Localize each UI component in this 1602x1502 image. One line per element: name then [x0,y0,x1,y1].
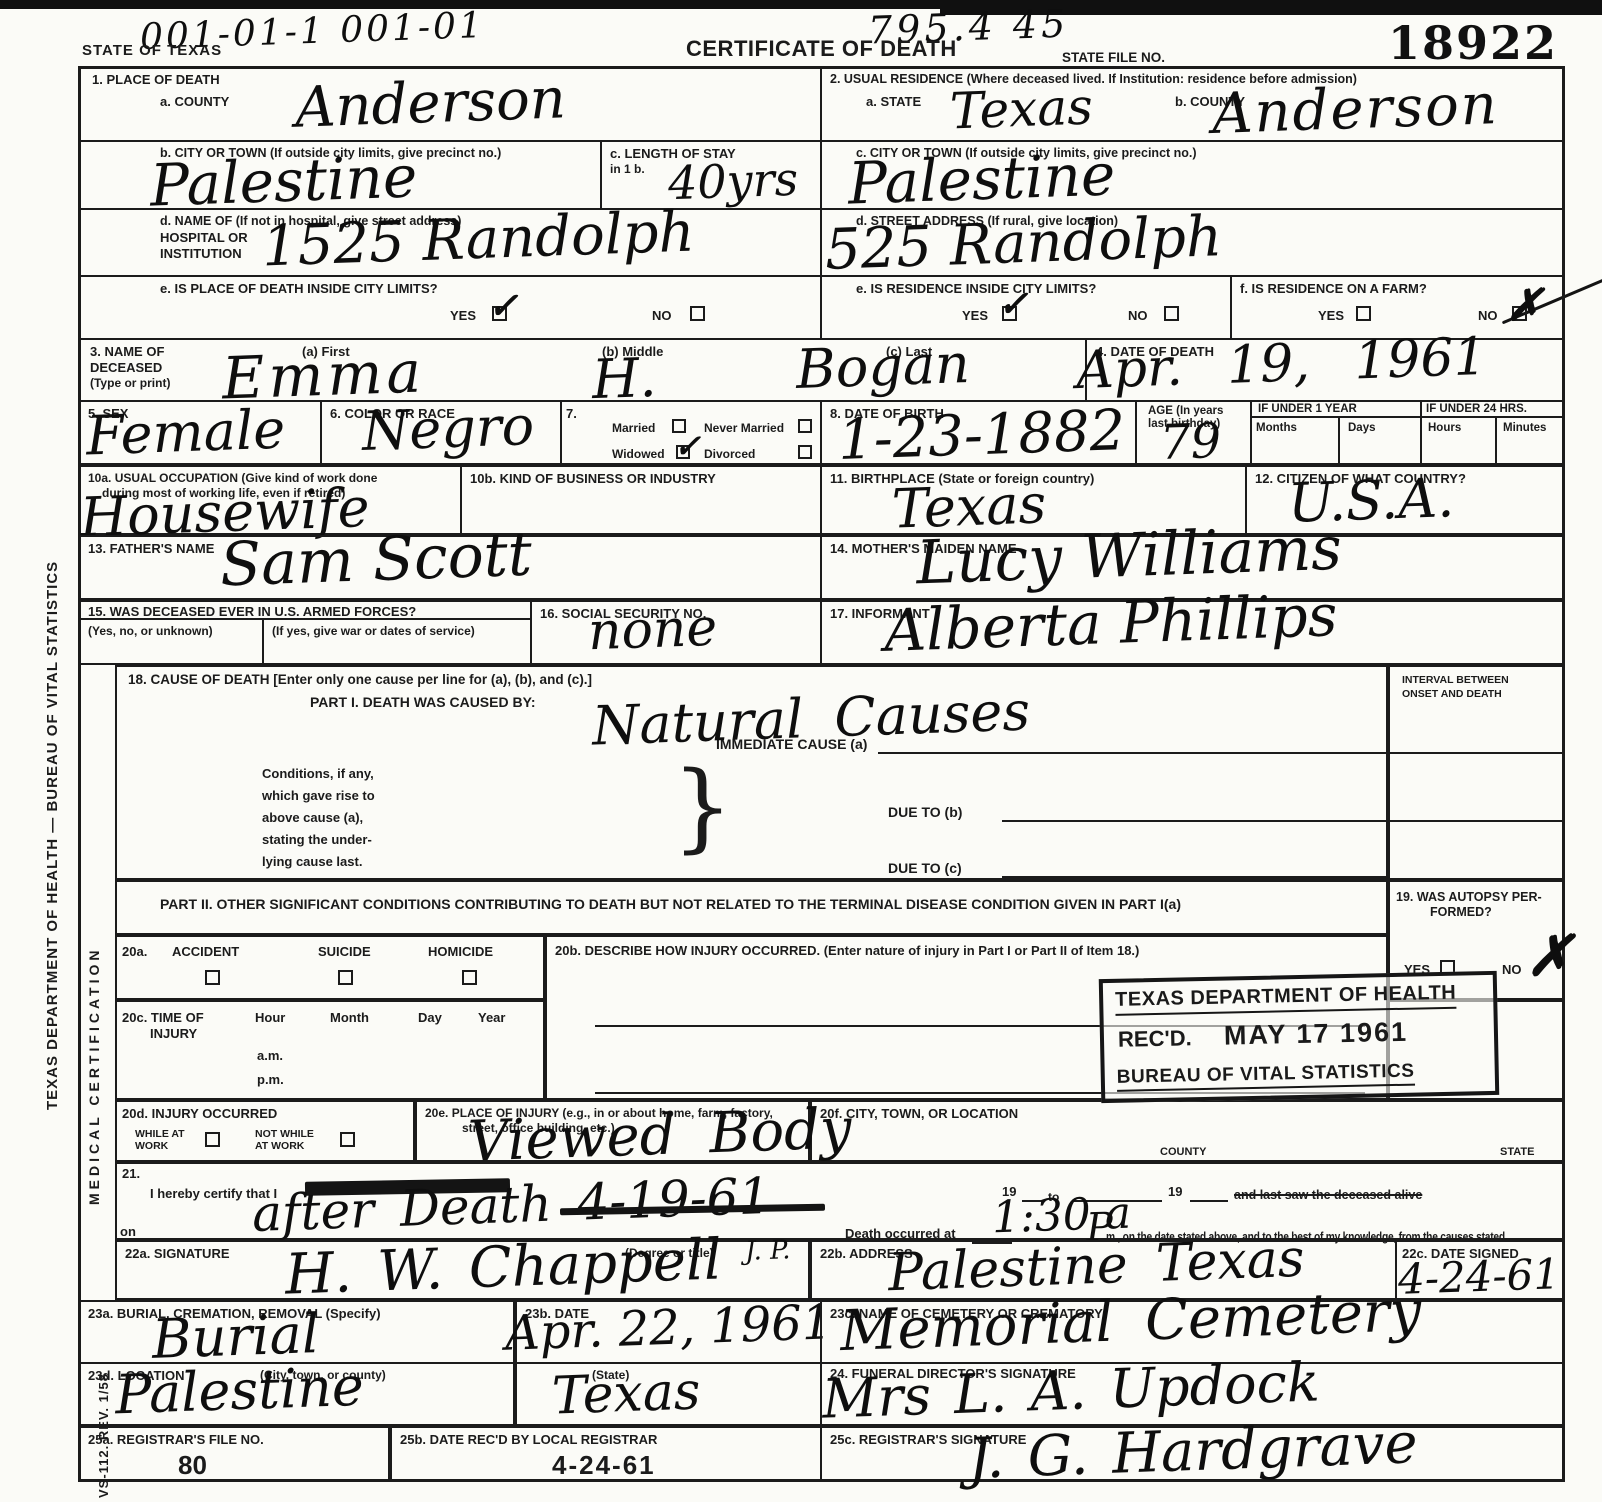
divorced-label: Divorced [704,447,755,461]
middle-name-value: H. [591,351,657,407]
conditions-note-5: lying cause last. [262,854,362,869]
certify-yr2-line [1190,1200,1228,1202]
date-of-death-value: Apr. 19, 1961 [1075,331,1487,397]
conditions-note-1: Conditions, if any, [262,766,374,781]
due-to-b-label: DUE TO (b) [888,804,962,820]
conditions-note-3: above cause (a), [262,810,363,825]
farm-yes-checkbox [1356,306,1371,321]
widowed-label: Widowed [612,447,665,461]
marital-label: 7. [566,406,577,421]
certify-number: 21. [122,1166,140,1181]
time-of-injury-label2: INJURY [150,1026,197,1041]
sex-value: Female [85,403,286,464]
divorced-checkbox [798,445,812,459]
registrar-signature-value: J. G. Hardgrave [967,1416,1418,1488]
farm-yes-label: YES [1318,308,1344,323]
conditions-note-2: which gave rise to [262,788,375,803]
res-no-label: NO [1128,308,1148,323]
stamp-recd-label: REC'D. [1118,1025,1192,1053]
last-name-value: Bogan [795,337,971,397]
age-value: 79 [1159,417,1222,467]
autopsy-label2: FORMED? [1430,905,1492,919]
state-file-number: 18922 [1388,16,1558,70]
registrar-file-label: 25a. REGISTRAR'S FILE NO. [88,1432,264,1447]
cause-label: 18. CAUSE OF DEATH [Enter only one cause… [128,672,592,687]
autopsy-no-x-mark: ✗ [1526,928,1573,984]
under-1-year-label: IF UNDER 1 YEAR [1258,403,1357,415]
while-at-work-checkbox [205,1132,220,1147]
stamp-date: MAY 17 1961 [1224,1017,1409,1052]
agency-vertical-label: TEXAS DEPARTMENT OF HEALTH — BUREAU OF V… [44,270,61,1110]
state-file-no-label: STATE FILE NO. [1062,50,1165,65]
not-while-checkbox [340,1132,355,1147]
pod-city-value: Palestine [149,147,418,214]
state-of-texas-label: STATE OF TEXAS [82,42,222,59]
registrar-file-value: 80 [178,1450,207,1481]
death-occurred-label: Death occurred at [845,1226,956,1241]
hospital-label2: HOSPITAL OR [160,230,248,245]
conditions-note-4: stating the under- [262,832,372,847]
immediate-cause-value: Natural Causes [591,684,1031,753]
burial-location-value: Palestine [114,1360,364,1423]
date-of-birth-value: 1-23-1882 [837,403,1126,469]
res-yes-label: YES [962,308,988,323]
autopsy-label1: 19. WAS AUTOPSY PER- [1396,890,1542,904]
res-no-checkbox [1164,306,1179,321]
farm-label: f. IS RESIDENCE ON A FARM? [1240,281,1427,296]
certify-hw-viewed-body: Viewed Body [467,1101,852,1170]
received-stamp: TEXAS DEPARTMENT OF HEALTH REC'D. MAY 17… [1099,971,1500,1103]
under-24-label: IF UNDER 24 HRS. [1426,403,1527,415]
year-label: Year [478,1010,505,1025]
homicide-checkbox [462,970,477,985]
minutes-label: Minutes [1503,422,1546,434]
while-at-work-label1: WHILE AT [135,1128,185,1140]
suicide-checkbox [338,970,353,985]
not-while-label1: NOT WHILE [255,1128,314,1140]
am-label: a.m. [257,1048,283,1063]
hours-label: Hours [1428,422,1461,434]
informant-value: Alberta Phillips [883,586,1338,660]
certifier-signature: H. W. Chappell [284,1232,722,1303]
burial-date-value: Apr. 22, 1961 [504,1298,833,1357]
autopsy-no-label: NO [1502,962,1522,977]
deceased-label3: (Type or print) [90,376,170,390]
while-at-work-label2: WORK [135,1140,168,1152]
armed-forces-label: 15. WAS DECEASED EVER IN U.S. ARMED FORC… [88,604,416,619]
res-state-label: a. STATE [866,94,921,109]
accident-label: ACCIDENT [172,944,239,959]
conditions-brace: } [672,764,733,850]
part2-label: PART II. OTHER SIGNIFICANT CONDITIONS CO… [160,896,1181,912]
injury-county-label: COUNTY [1160,1146,1206,1158]
res-city-limits-label: e. IS RESIDENCE INSIDE CITY LIMITS? [856,281,1096,296]
farm-no-x-mark: ✗ [1506,284,1543,328]
place-of-death-label: 1. PLACE OF DEATH [92,72,220,87]
pod-no-checkbox [690,306,705,321]
hour-label: Hour [255,1010,285,1025]
married-label: Married [612,421,655,435]
injury-occurred-label: 20d. INJURY OCCURRED [122,1106,277,1121]
registrar-recd-value: 4-24-61 [552,1450,656,1481]
industry-label: 10b. KIND OF BUSINESS OR INDUSTRY [470,471,716,486]
hospital-label3: INSTITUTION [160,246,242,261]
death-certificate-scan: 001-01-1 001-01 795.4 45 STATE OF TEXAS … [0,0,1602,1502]
father-value: Sam Scott [219,525,533,596]
pod-no-label: NO [652,308,672,323]
due-to-c-line [1002,876,1388,878]
struck-last-saw-text: and last saw the deceased alive [1234,1188,1422,1202]
accident-section-label: 20a. [122,944,147,959]
res-state-value: Texas [949,82,1093,137]
father-label: 13. FATHER'S NAME [88,541,214,556]
burial-state-value: Texas [551,1365,701,1422]
res-yes-check-mark: ✓ [998,286,1028,322]
pod-county-label: a. COUNTY [160,94,229,109]
stamp-line3: BUREAU OF VITAL STATISTICS [1117,1061,1415,1092]
pod-yes-label: YES [450,308,476,323]
homicide-label: HOMICIDE [428,944,493,959]
pod-city-limits-label: e. IS PLACE OF DEATH INSIDE CITY LIMITS? [160,281,438,296]
date-signed-value: 4-24-61 [1397,1253,1560,1301]
certify-yr2: 19 [1168,1184,1182,1199]
registrar-recd-label: 25b. DATE REC'D BY LOCAL REGISTRAR [400,1432,657,1447]
degree-value: J. P. [745,1237,791,1265]
armed-forces-divider [78,618,532,620]
never-married-checkbox [798,419,812,433]
farm-no-label: NO [1478,308,1498,323]
pm-label: p.m. [257,1072,284,1087]
not-while-label2: AT WORK [255,1140,304,1152]
day-label: Day [418,1010,442,1025]
month-label: Month [330,1010,369,1025]
deceased-label2: DECEASED [90,360,162,375]
hospital-value: 1525 Randolph [261,204,695,275]
res-county-value: Anderson [1211,77,1500,143]
signature-label: 22a. SIGNATURE [125,1246,230,1261]
never-married-label: Never Married [704,421,784,435]
certify-on-label: on [120,1224,136,1239]
time-of-injury-label1: 20c. TIME OF [122,1010,204,1025]
accident-checkbox [205,970,220,985]
describe-injury-label: 20b. DESCRIBE HOW INJURY OCCURRED. (Ente… [555,943,1139,958]
days-label: Days [1348,422,1376,434]
street-address-value: 525 Randolph [824,209,1223,279]
armed-forces-sub1: (Yes, no, or unknown) [88,624,213,638]
armed-forces-sub2: (If yes, give war or dates of service) [272,624,475,638]
interval-label2: ONSET AND DEATH [1402,688,1502,700]
stamp-line1: TEXAS DEPARTMENT OF HEALTH [1115,982,1457,1016]
due-to-c-label: DUE TO (c) [888,860,962,876]
interval-label1: INTERVAL BETWEEN [1402,674,1509,686]
armed-forces-subdivider [262,620,264,665]
race-value: Negro [361,399,535,459]
pod-yes-check-mark: ✓ [488,288,518,324]
deceased-label1: 3. NAME OF [90,344,164,359]
widowed-check-mark: ✓ [674,430,701,462]
pod-county-value: Anderson [294,71,567,136]
certificate-title: CERTIFICATE OF DEATH [686,36,957,62]
injury-state-label: STATE [1500,1146,1534,1158]
ssn-value: none [587,602,718,658]
res-city-value: Palestine [847,145,1116,212]
suicide-label: SUICIDE [318,944,371,959]
part1-label: PART I. DEATH WAS CAUSED BY: [310,694,536,710]
length-of-stay-sub: in 1 b. [610,162,645,176]
months-label: Months [1256,422,1297,434]
